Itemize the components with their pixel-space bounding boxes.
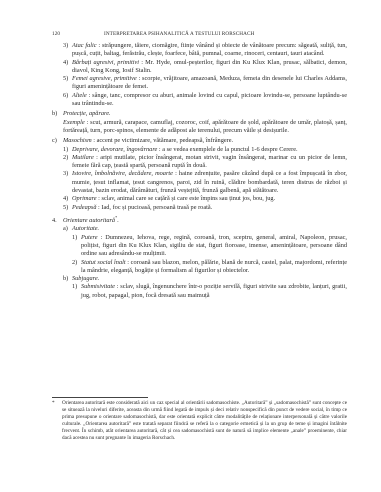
footnote: *Orientarea autoritară este considerată … xyxy=(52,400,347,443)
item-term: Pedeapsă xyxy=(72,204,96,211)
section-4b-heading: b)Subjugare. xyxy=(52,275,347,283)
book-page: 120 INTERPRETAREA PSIHANALITICĂ A TESTUL… xyxy=(0,0,381,492)
item-term: Putere xyxy=(81,234,98,241)
page-number: 120 xyxy=(52,31,60,37)
section-c-heading: c)Masochism : accent pe victimizare, văt… xyxy=(52,137,347,145)
item-term: Mutilare xyxy=(72,154,94,161)
section-b-examples: Exemple : scut, armură, carapace, camufl… xyxy=(52,119,347,136)
item-term: Deprivare, devorare, îngovârnare xyxy=(72,146,157,153)
section-b-heading: b)Protecție, apărare. xyxy=(52,110,347,118)
item-term: Oprimare xyxy=(72,195,97,202)
list-item: 1)Submisivitate : sclav, slugă, îngenunc… xyxy=(52,283,347,300)
section-4a-heading: a)Autoritate. xyxy=(52,225,347,233)
footnote-divider xyxy=(52,397,148,398)
list-item: 4)Oprimare : sclav, animal care se cațăr… xyxy=(52,195,347,203)
list-item: 3)Atac falic : străpungere, tăiere, ciom… xyxy=(52,42,347,59)
running-title: INTERPRETAREA PSIHANALITICĂ A TESTULUI R… xyxy=(104,31,254,37)
item-term: Femei agresive, primitive xyxy=(72,75,137,82)
page-body: 3)Atac falic : străpungere, tăiere, ciom… xyxy=(52,42,347,300)
list-item: 2)Statut social înalt : coroană sau blaz… xyxy=(52,259,347,276)
list-item: 6)Altele : sânge, tanc, compresor cu abu… xyxy=(52,92,347,109)
list-item: 1)Deprivare, devorare, îngovârnare : a s… xyxy=(52,146,347,154)
item-term: Istovire, îmbolnăvire, decădere, moarte xyxy=(72,170,173,177)
item-term: Statut social înalt xyxy=(81,259,126,266)
item-term: Altele xyxy=(72,92,87,99)
list-item: 3)Istovire, îmbolnăvire, decădere, moart… xyxy=(52,170,347,195)
list-item: 4)Bărbați agresivi, primitivi : Mr. Hyde… xyxy=(52,59,347,76)
list-item: 1)Putere : Dumnezeu, Iehova, rege, regin… xyxy=(52,234,347,259)
list-item: 2)Mutilare : aripi mutilate, picior însâ… xyxy=(52,154,347,171)
footnote-text: Orientarea autoritară este considerată a… xyxy=(62,400,347,441)
item-term: Submisivitate xyxy=(81,283,115,290)
list-item: 5)Femei agresive, primitive : scorpie, v… xyxy=(52,75,347,92)
section-4-heading: 4.Orientare autoritară*. xyxy=(52,214,347,225)
footnote-marker: * xyxy=(52,400,62,407)
list-item: 5)Pedeapsă : Iad, foc și pucioasă, perso… xyxy=(52,204,347,212)
item-term: Bărbați agresivi, primitivi xyxy=(72,59,139,66)
item-term: Atac falic xyxy=(72,42,97,49)
